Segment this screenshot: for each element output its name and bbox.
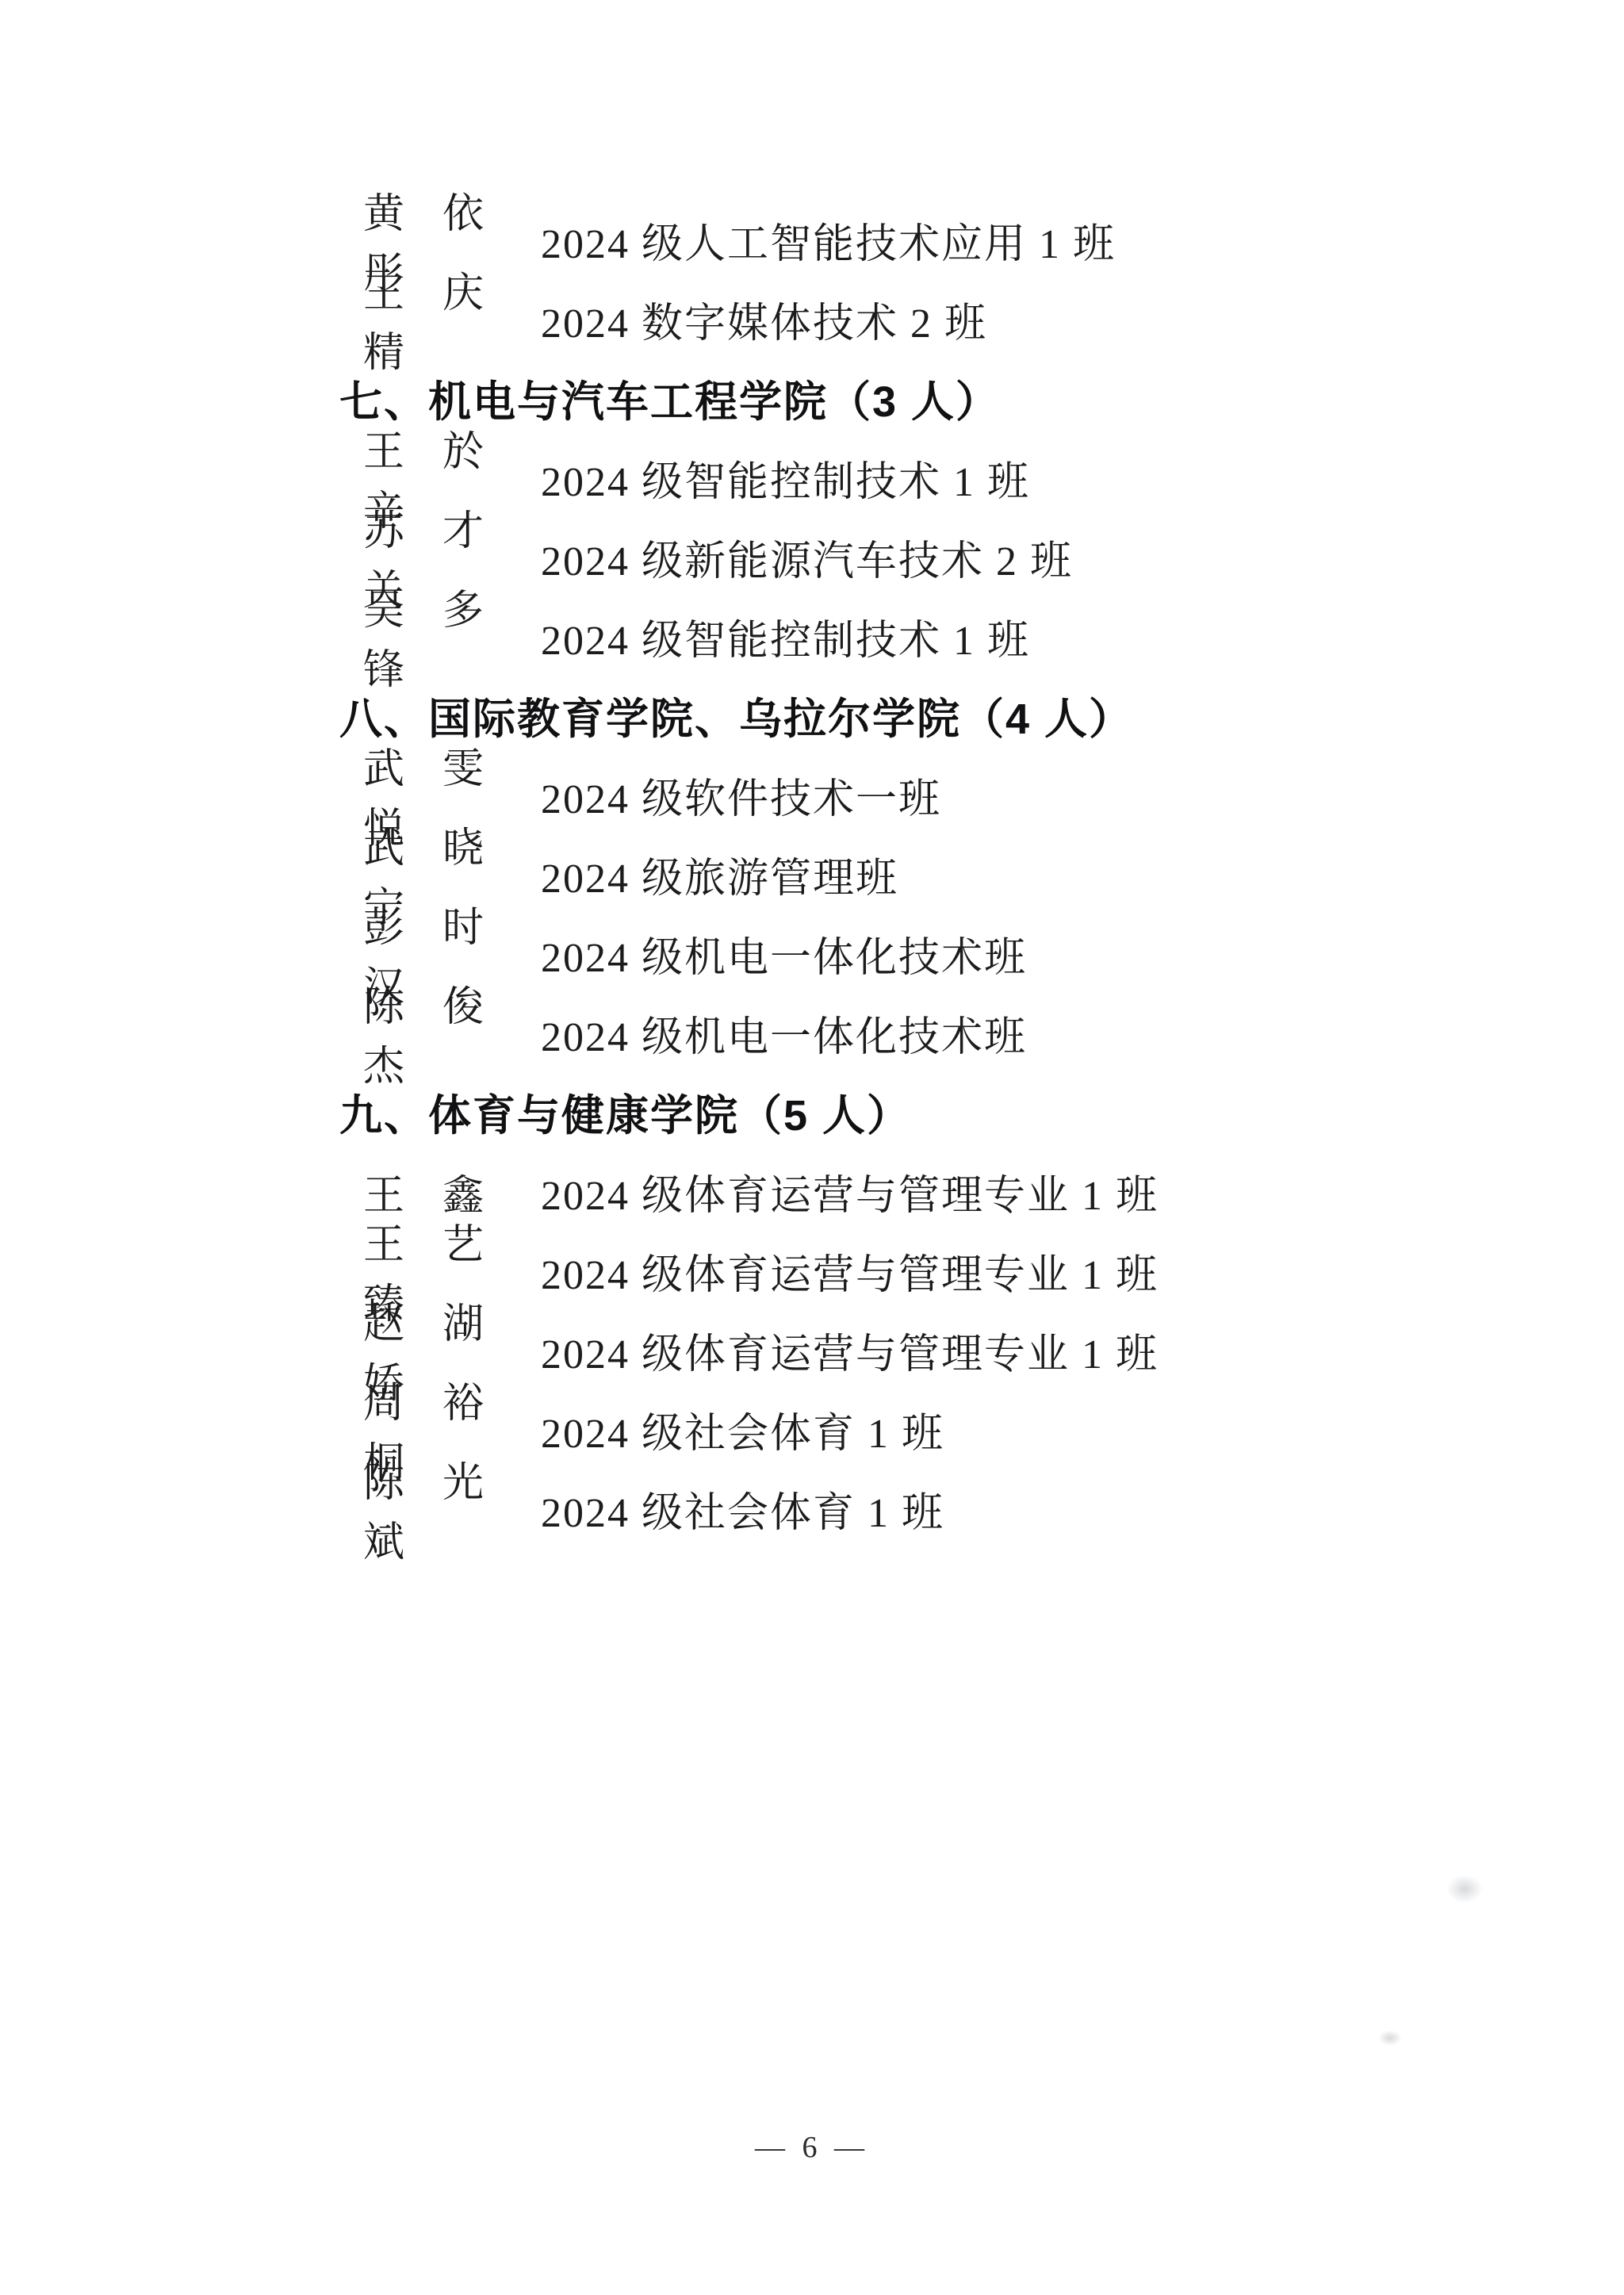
student-row: 武雯悦2024 级软件技术一班 [0, 755, 1624, 834]
student-row: 彭时汉2024 级机电一体化技术班 [0, 914, 1624, 993]
student-row: 陈俊杰2024 级机电一体化技术班 [0, 993, 1624, 1072]
student-class: 2024 级体育运营与管理专业 1 班 [541, 1241, 1159, 1301]
student-row: 苏才关2024 级新能源汽车技术 2 班 [0, 517, 1624, 596]
student-class: 2024 级新能源汽车技术 2 班 [541, 527, 1073, 587]
student-class: 2024 级旅游管理班 [541, 845, 898, 904]
student-row: 赵湖娇2024 级体育运营与管理专业 1 班 [0, 1310, 1624, 1389]
student-row: 周裕桐2024 级社会体育 1 班 [0, 1389, 1624, 1469]
page-number: — 6 — [0, 2130, 1624, 2165]
student-row: 王鑫2024 级体育运营与管理专业 1 班 [0, 1151, 1624, 1231]
section-heading: 九、体育与健康学院（5 人） [0, 1072, 1624, 1151]
student-list: 黄依彤2024 级人工智能技术应用 1 班王庆精2024 数字媒体技术 2 班七… [0, 200, 1624, 1548]
section-heading: 八、国际教育学院、乌拉尔学院（4 人） [0, 676, 1624, 755]
student-class: 2024 级软件技术一班 [541, 765, 941, 825]
section-heading: 七、机电与汽车工程学院（3 人） [0, 358, 1624, 438]
student-class: 2024 级智能控制技术 1 班 [541, 607, 1030, 666]
student-name: 陈光斌 [363, 1449, 484, 1568]
student-row: 王於辛2024 级智能控制技术 1 班 [0, 438, 1624, 517]
student-row: 武晓宁2024 级旅游管理班 [0, 834, 1624, 914]
student-row: 王艺臻2024 级体育运营与管理专业 1 班 [0, 1231, 1624, 1310]
student-class: 2024 级机电一体化技术班 [541, 924, 1027, 983]
student-class: 2024 级体育运营与管理专业 1 班 [541, 1162, 1159, 1221]
student-row: 黄依彤2024 级人工智能技术应用 1 班 [0, 200, 1624, 279]
student-row: 陈光斌2024 级社会体育 1 班 [0, 1469, 1624, 1548]
student-class: 2024 级机电一体化技术班 [541, 1003, 1027, 1063]
student-class: 2024 级智能控制技术 1 班 [541, 448, 1030, 508]
scan-smudge [1446, 1875, 1483, 1903]
student-class: 2024 级社会体育 1 班 [541, 1400, 944, 1459]
student-name: 王庆精 [363, 259, 484, 378]
student-class: 2024 级社会体育 1 班 [541, 1479, 944, 1538]
student-row: 王庆精2024 数字媒体技术 2 班 [0, 279, 1624, 358]
student-name: 吴多锋 [363, 577, 484, 695]
student-row: 吴多锋2024 级智能控制技术 1 班 [0, 596, 1624, 676]
student-class: 2024 级人工智能技术应用 1 班 [541, 210, 1116, 270]
student-class: 2024 级体育运营与管理专业 1 班 [541, 1320, 1159, 1380]
document-page: 黄依彤2024 级人工智能技术应用 1 班王庆精2024 数字媒体技术 2 班七… [0, 0, 1624, 2295]
student-class: 2024 数字媒体技术 2 班 [541, 289, 987, 349]
scan-smudge [1378, 2030, 1402, 2046]
student-name: 陈俊杰 [363, 973, 484, 1092]
